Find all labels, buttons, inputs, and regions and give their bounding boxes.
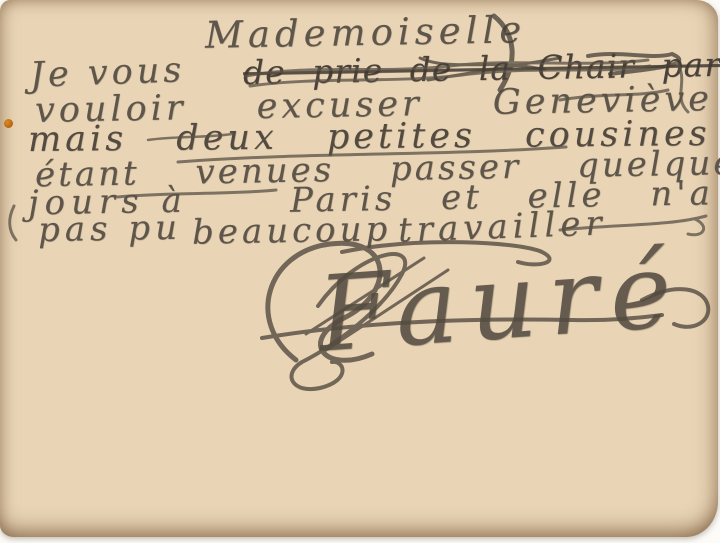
handwriting-line-6-word-2: beaucoup — [192, 212, 392, 249]
salutation-line: Mademoiselle — [205, 11, 527, 54]
signature-text: Fauré — [315, 237, 687, 366]
scanned-document: Mademoiselle Je vous de prie de la Chair… — [0, 0, 720, 543]
ink-stain-dot — [4, 119, 13, 128]
paper-sheet: Mademoiselle Je vous de prie de la Chair… — [0, 0, 718, 537]
handwriting-line-6-word-1: pas pu — [38, 211, 183, 248]
handwriting-line-1-start: Je vous — [29, 53, 185, 93]
